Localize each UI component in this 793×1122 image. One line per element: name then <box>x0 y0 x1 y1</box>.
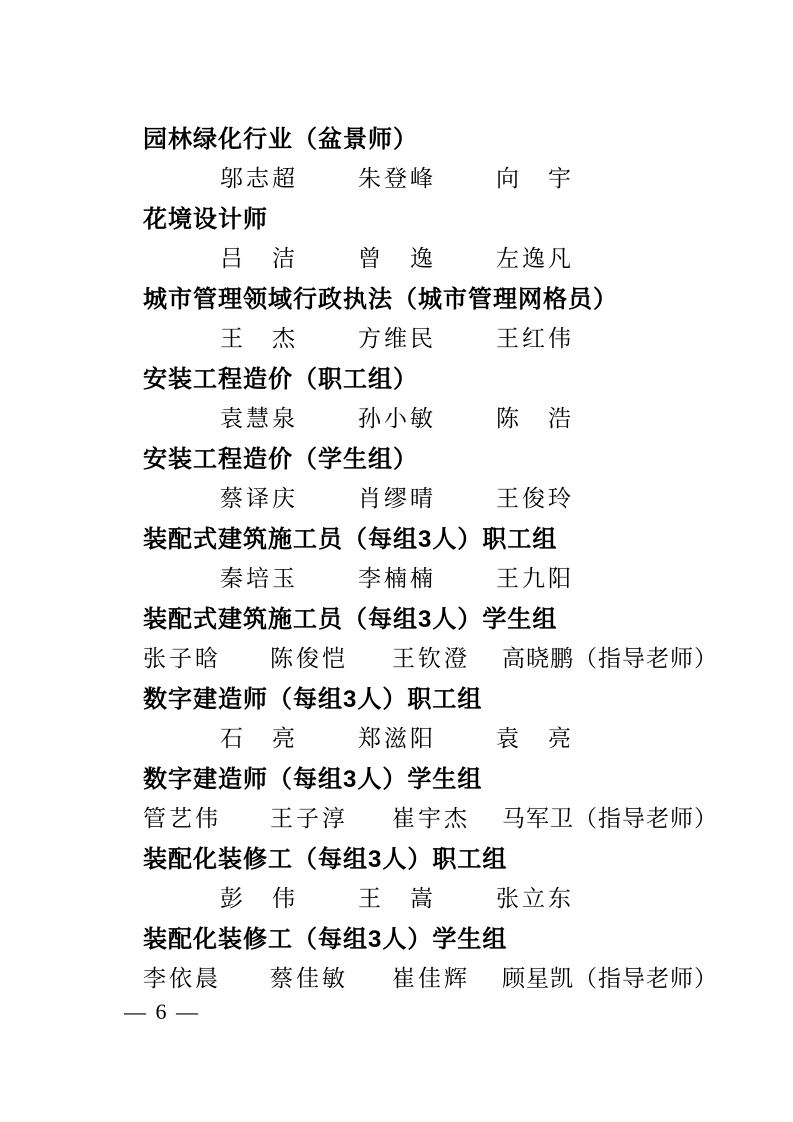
names-row: 张子晗陈俊恺王钦澄高晓鹏（指导老师） <box>143 645 703 673</box>
award-section: 城市管理领域行政执法（城市管理网格员） 王 杰方维民王红伟 <box>143 286 703 353</box>
names-row: 邬志超朱登峰向 宇 <box>143 165 703 193</box>
person-name: 袁 亮 <box>496 725 574 753</box>
award-section: 装配化装修工（每组3人）学生组 李依晨蔡佳敏崔佳辉顾星凯（指导老师） <box>143 926 703 993</box>
person-name: 王钦澄 <box>392 645 502 673</box>
names-row: 袁慧泉孙小敏陈 浩 <box>143 405 703 433</box>
person-name: 高晓鹏（指导老师） <box>502 645 718 673</box>
person-name: 李依晨 <box>143 965 270 993</box>
names-row: 石 亮郑滋阳袁 亮 <box>143 725 703 753</box>
person-name: 吕 洁 <box>220 245 358 273</box>
category-heading: 安装工程造价（职工组） <box>143 366 703 394</box>
names-row: 吕 洁曾 逸左逸凡 <box>143 245 703 273</box>
person-name: 方维民 <box>358 325 496 353</box>
person-name: 崔宇杰 <box>392 805 502 833</box>
award-section: 数字建造师（每组3人）学生组 管艺伟王子淳崔宇杰马军卫（指导老师） <box>143 766 703 833</box>
document-page: 园林绿化行业（盆景师） 邬志超朱登峰向 宇 花境设计师 吕 洁曾 逸左逸凡 城市… <box>0 0 793 1122</box>
person-name: 马军卫（指导老师） <box>502 805 718 833</box>
category-heading: 安装工程造价（学生组） <box>143 446 703 474</box>
names-row: 蔡译庆肖缪晴王俊玲 <box>143 485 703 513</box>
person-name: 袁慧泉 <box>220 405 358 433</box>
award-list: 园林绿化行业（盆景师） 邬志超朱登峰向 宇 花境设计师 吕 洁曾 逸左逸凡 城市… <box>143 126 703 1006</box>
person-name: 顾星凯（指导老师） <box>502 965 718 993</box>
person-name: 王子淳 <box>270 805 392 833</box>
category-heading: 园林绿化行业（盆景师） <box>143 126 703 154</box>
person-name: 李楠楠 <box>358 565 496 593</box>
person-name: 王红伟 <box>496 325 574 353</box>
person-name: 崔佳辉 <box>392 965 502 993</box>
person-name: 王俊玲 <box>496 485 574 513</box>
person-name: 张立东 <box>496 885 574 913</box>
award-section: 安装工程造价（职工组） 袁慧泉孙小敏陈 浩 <box>143 366 703 433</box>
page-footer: — 6 — <box>124 1000 200 1024</box>
person-name: 陈 浩 <box>496 405 574 433</box>
award-section: 数字建造师（每组3人）职工组 石 亮郑滋阳袁 亮 <box>143 686 703 753</box>
person-name: 邬志超 <box>220 165 358 193</box>
person-name: 管艺伟 <box>143 805 270 833</box>
category-heading: 装配化装修工（每组3人）职工组 <box>143 846 703 874</box>
person-name: 朱登峰 <box>358 165 496 193</box>
person-name: 曾 逸 <box>358 245 496 273</box>
person-name: 左逸凡 <box>496 245 574 273</box>
category-heading: 装配式建筑施工员（每组3人）学生组 <box>143 606 703 634</box>
person-name: 王九阳 <box>496 565 574 593</box>
names-row: 秦培玉李楠楠王九阳 <box>143 565 703 593</box>
person-name: 张子晗 <box>143 645 270 673</box>
person-name: 彭 伟 <box>220 885 358 913</box>
person-name: 王 嵩 <box>358 885 496 913</box>
category-heading: 数字建造师（每组3人）学生组 <box>143 766 703 794</box>
award-section: 装配式建筑施工员（每组3人）学生组 张子晗陈俊恺王钦澄高晓鹏（指导老师） <box>143 606 703 673</box>
person-name: 蔡佳敏 <box>270 965 392 993</box>
page-number: — 6 — <box>124 999 200 1024</box>
award-section: 装配化装修工（每组3人）职工组 彭 伟王 嵩张立东 <box>143 846 703 913</box>
person-name: 向 宇 <box>496 165 574 193</box>
person-name: 秦培玉 <box>220 565 358 593</box>
person-name: 王 杰 <box>220 325 358 353</box>
names-row: 王 杰方维民王红伟 <box>143 325 703 353</box>
category-heading: 装配式建筑施工员（每组3人）职工组 <box>143 526 703 554</box>
award-section: 装配式建筑施工员（每组3人）职工组 秦培玉李楠楠王九阳 <box>143 526 703 593</box>
category-heading: 装配化装修工（每组3人）学生组 <box>143 926 703 954</box>
award-section: 花境设计师 吕 洁曾 逸左逸凡 <box>143 206 703 273</box>
names-row: 李依晨蔡佳敏崔佳辉顾星凯（指导老师） <box>143 965 703 993</box>
category-heading: 城市管理领域行政执法（城市管理网格员） <box>143 286 703 314</box>
person-name: 肖缪晴 <box>358 485 496 513</box>
names-row: 彭 伟王 嵩张立东 <box>143 885 703 913</box>
person-name: 石 亮 <box>220 725 358 753</box>
category-heading: 数字建造师（每组3人）职工组 <box>143 686 703 714</box>
award-section: 园林绿化行业（盆景师） 邬志超朱登峰向 宇 <box>143 126 703 193</box>
person-name: 孙小敏 <box>358 405 496 433</box>
award-section: 安装工程造价（学生组） 蔡译庆肖缪晴王俊玲 <box>143 446 703 513</box>
names-row: 管艺伟王子淳崔宇杰马军卫（指导老师） <box>143 805 703 833</box>
person-name: 郑滋阳 <box>358 725 496 753</box>
category-heading: 花境设计师 <box>143 206 703 234</box>
person-name: 蔡译庆 <box>220 485 358 513</box>
person-name: 陈俊恺 <box>270 645 392 673</box>
